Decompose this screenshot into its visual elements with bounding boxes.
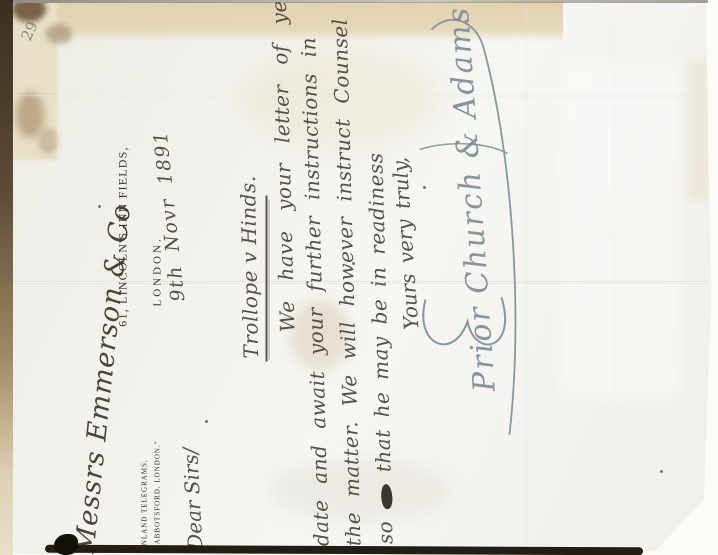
body-line-4-start: so — [373, 521, 398, 545]
letterhead-address: 61, LINCOLN'S INN FIELDS, — [116, 137, 131, 337]
body-line-2: date and await your further instructions… — [296, 37, 333, 547]
salutation: Dear Sirs/ — [178, 447, 207, 550]
letter-content: Messrs Emmerson & Co 61, LINCOLN'S INN F… — [0, 0, 718, 555]
case-heading-underline — [269, 200, 270, 360]
scan-left-edge — [0, 0, 13, 555]
scan-top-edge — [13, 0, 708, 3]
letter-paper: Messrs Emmerson & Co 61, LINCOLN'S INN F… — [0, 0, 718, 555]
case-heading: Trollope v Hinds. — [236, 175, 263, 358]
signature-name: Prior Church & Adams — [441, 5, 503, 394]
case-heading-underline — [266, 196, 268, 362]
struck-out-word — [380, 483, 393, 509]
letter-scan: Messrs Emmerson & Co 61, LINCOLN'S INN F… — [0, 0, 718, 555]
body-line-1: We have your letter of yesterday's — [264, 0, 299, 333]
telegraphic-address-line2: “ABBOTSFORD, LONDON.” — [154, 440, 162, 548]
signature-block: Prior Church & Adams — [412, 0, 527, 450]
telegraphic-address-line1: INLAND TELEGRAMS, — [141, 459, 149, 548]
bottom-left-mark — [54, 534, 78, 555]
body-line-3: the matter. We will however instruct Cou… — [328, 18, 366, 546]
